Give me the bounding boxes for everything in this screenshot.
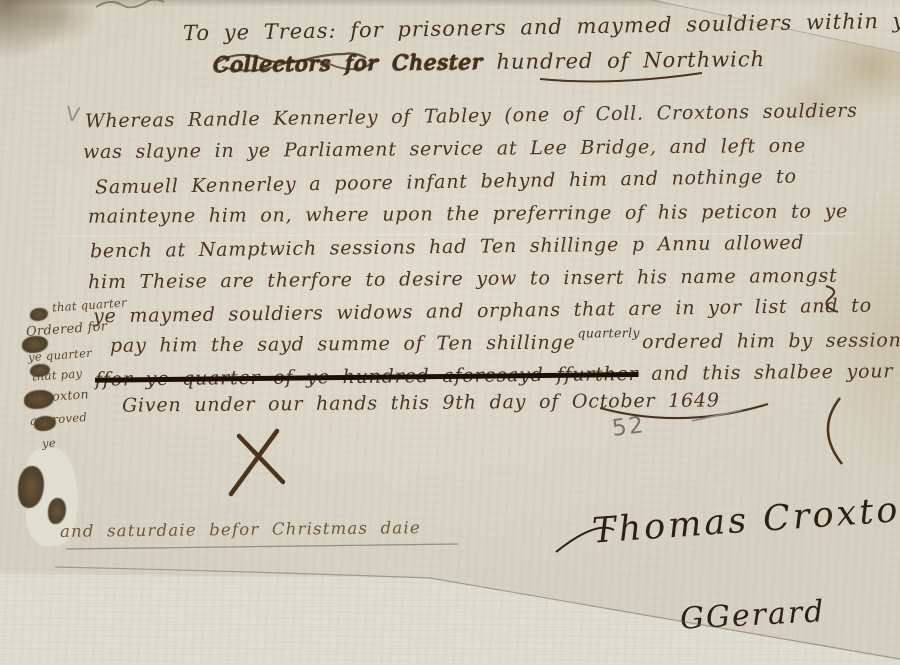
pencil-folio-number: 52 [611,412,647,442]
heading-line-2: Collectors for Chester hundred of Northw… [213,47,765,77]
body-line-6: him Theise are therfore to desire yow to… [88,265,838,294]
bottom-note: and saturdaie befor Christmas daie [60,518,421,541]
body-line-1: Whereas Randle Kennerley of Tabley (one … [85,100,858,133]
manuscript-page: To ye Treas: for prisoners and maymed so… [0,0,900,665]
heading-underline-flourish [540,73,702,81]
signature-gerard: GGerard [679,594,826,637]
bottom-note-rule [66,544,458,549]
x-mark-stroke-1 [231,431,277,494]
body-line-8: pay him the sayd summe of Ten shillingeq… [110,329,900,357]
body-line-8-inserted-word: quarterly [577,325,640,340]
body-line-3: Samuell Kennerley a poore infant behynd … [95,165,797,198]
pencil-tick [692,410,742,421]
margin-note-2: Ordered for [26,319,108,340]
body-line-8-end: ordered him by sessions [642,329,900,353]
pencil-check-mark: V [64,101,81,127]
right-margin-flourish [828,398,842,464]
struck-out-text: ffor ye quarter of ye hundred aforesayd … [95,363,639,391]
body-line-7: ye maymed souldiers widows and orphans t… [93,295,872,328]
heading-clear-text: hundred of Northwich [496,47,765,74]
margin-note-7: ye [42,436,57,451]
margin-note-3: ye quarter [28,346,93,364]
tear-spot [30,308,48,321]
body-line-8-main: pay him the sayd summe of Ten shillinge [110,332,576,357]
signature-thomas-croxton: Thomas Croxton [591,488,900,551]
body-line-10: Given under our hands this 9th day of Oc… [122,389,720,416]
x-mark-stroke-2 [239,436,283,482]
heading-overwritten-text: Collectors for Chester [213,50,483,77]
heading-line-1: To ye Treas: for prisoners and maymed so… [183,7,900,46]
body-line-9-clear: and this shalbee your warrant [651,359,900,385]
margin-note-6: approved [30,410,88,428]
margin-note-4: that pay [32,366,83,383]
body-line-4: mainteyne him on, where upon the preferr… [88,200,848,227]
body-line-2: was slayne in ye Parliament service at L… [83,135,806,163]
body-line-9: ffor ye quarter of ye hundred aforesayd … [95,359,900,390]
cropped-top-scribble [96,0,164,7]
margin-note-5: Croxton [36,386,90,405]
